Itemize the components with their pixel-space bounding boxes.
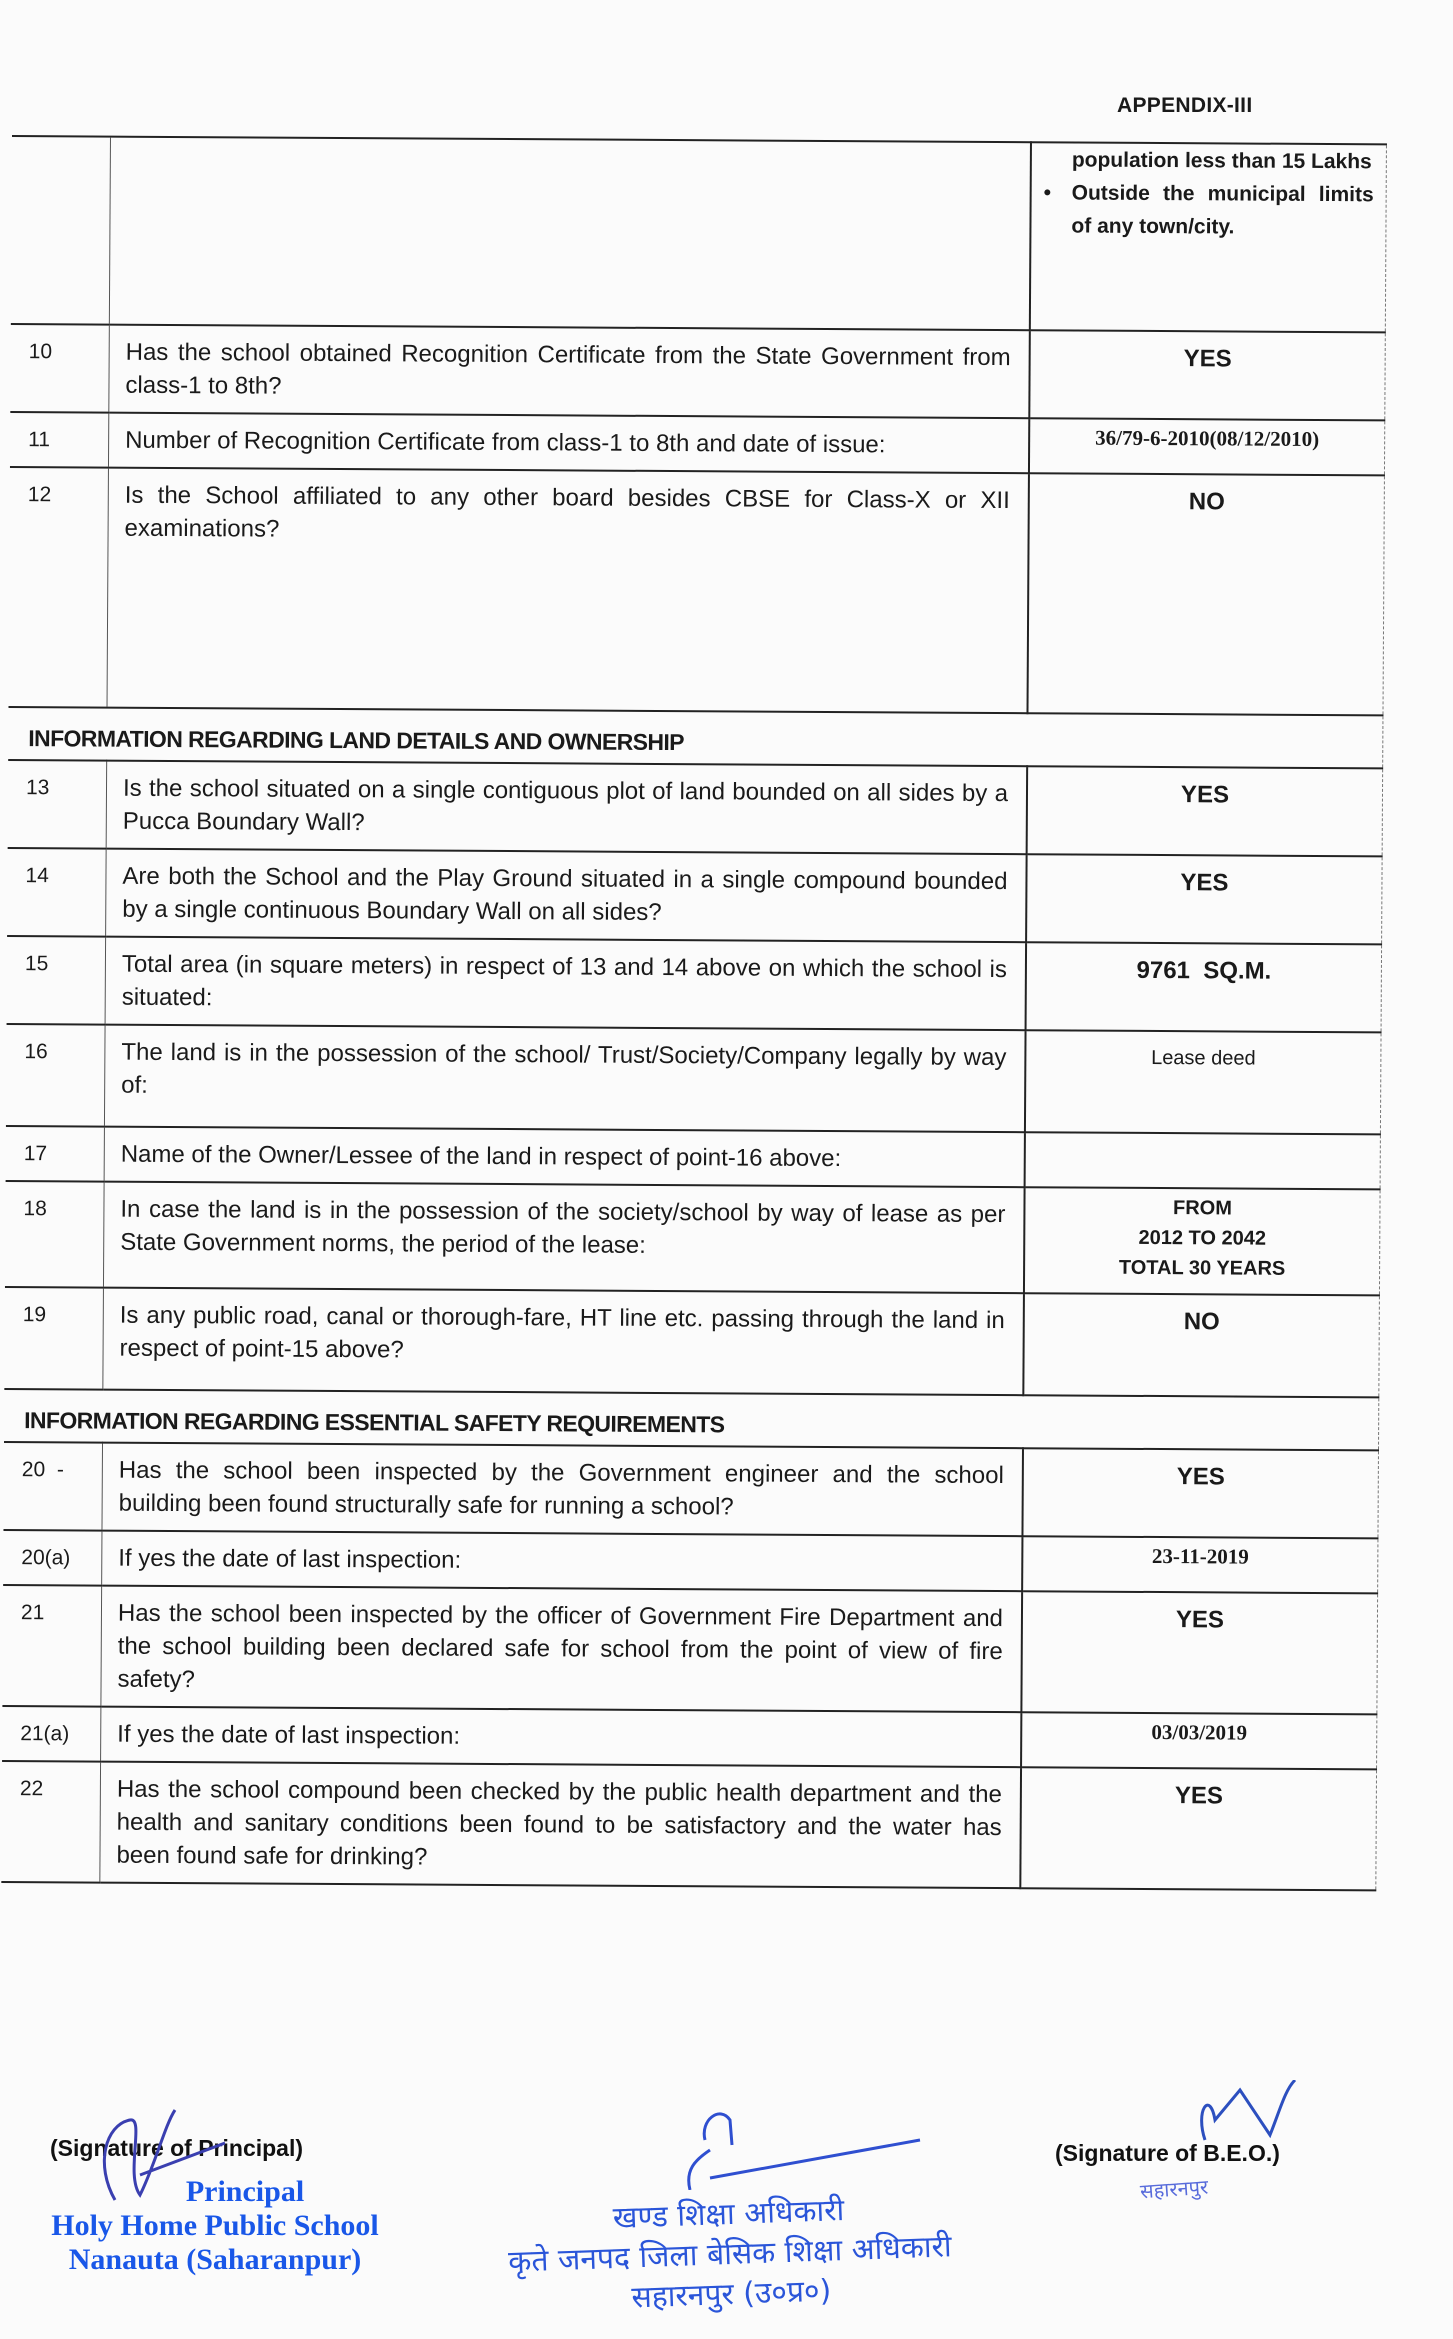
stamp-line: Nanauta (Saharanpur) (0, 2243, 430, 2277)
row-answer: 9761 SQ.M. (1026, 942, 1382, 1032)
row-answer: FROM 2012 TO 2042 TOTAL 30 YEARS (1024, 1187, 1380, 1295)
beo-stamp-secondary: सहारनपुर (1139, 2173, 1209, 2205)
row-question: Has the school been inspected by the Gov… (102, 1443, 1023, 1537)
row-answer: NO (1023, 1293, 1379, 1397)
appendix-label: APPENDIX-III (1117, 94, 1252, 118)
row-answer: 23-11-2019 (1022, 1536, 1378, 1593)
row-question: Has the school obtained Recognition Cert… (109, 325, 1030, 419)
row-question: In case the land is in the possession of… (103, 1182, 1024, 1294)
row-question: Total area (in square meters) in respect… (105, 937, 1026, 1031)
form-table-sheet: population less than 15 Lakhs Outside th… (1, 135, 1387, 1891)
lease-line: 2012 TO 2042 (1037, 1222, 1367, 1254)
table-row: 17 Name of the Owner/Lessee of the land … (6, 1126, 1381, 1189)
table-row: 20(a) If yes the date of last inspection… (3, 1530, 1378, 1593)
row-question: Has the school been inspected by the off… (101, 1586, 1022, 1713)
row-question: Name of the Owner/Lessee of the land in … (104, 1127, 1025, 1188)
lease-line: TOTAL 30 YEARS (1037, 1252, 1367, 1284)
beo-stamp: खण्ड शिक्षा अधिकारी कृते जनपद जिला बेसिक… (458, 2186, 1002, 2325)
table-row: 18 In case the land is in the possession… (5, 1181, 1380, 1295)
table-row: 21(a) If yes the date of last inspection… (2, 1706, 1377, 1769)
row-number: 22 (1, 1761, 100, 1883)
row-answer: 36/79-6-2010(08/12/2010) (1029, 418, 1385, 475)
row-answer: YES (1022, 1448, 1378, 1538)
table-row: 10 Has the school obtained Recognition C… (10, 324, 1385, 420)
row-question: Has the school compound been checked by … (100, 1762, 1021, 1889)
row-question: Number of Recognition Certificate from c… (108, 413, 1029, 474)
row-question: Are both the School and the Play Ground … (106, 849, 1027, 943)
row-answer: YES (1020, 1767, 1376, 1890)
row-question: Is the school situated on a single conti… (106, 761, 1027, 855)
row-number: 15 (7, 936, 106, 1025)
row-answer: NO (1027, 473, 1384, 715)
row-number: 10 (10, 324, 109, 413)
row-answer: YES (1021, 1591, 1377, 1714)
row-question: If yes the date of last inspection: (101, 1707, 1022, 1768)
table-row: 21 Has the school been inspected by the … (2, 1585, 1377, 1714)
beo-signature-mark (1190, 2080, 1300, 2160)
row-answer (1025, 1132, 1381, 1189)
stamp-line: Principal (0, 2175, 430, 2209)
row-question: If yes the date of last inspection: (102, 1531, 1023, 1592)
table-row: 11 Number of Recognition Certificate fro… (10, 412, 1385, 475)
table-row-continuation: population less than 15 Lakhs Outside th… (11, 136, 1387, 332)
row-number: 20(a) (3, 1530, 102, 1586)
row-number: 14 (7, 848, 106, 937)
row-answer: YES (1026, 854, 1382, 944)
row-number: 16 (6, 1024, 105, 1127)
form-table: population less than 15 Lakhs Outside th… (1, 135, 1387, 1891)
row-question (109, 137, 1031, 331)
row-number: 12 (9, 467, 109, 708)
table-row: 13 Is the school situated on a single co… (8, 760, 1383, 856)
row-number: 17 (6, 1126, 105, 1182)
principal-stamp: Principal Holy Home Public School Nanaut… (0, 2175, 430, 2277)
table-row: 22 Has the school compound been checked … (1, 1761, 1376, 1890)
row-number: 13 (8, 760, 107, 849)
answer-text: population less than 15 Lakhs (1072, 143, 1374, 178)
row-number: 11 (10, 412, 109, 468)
table-row: 14 Are both the School and the Play Grou… (7, 848, 1382, 944)
answer-bullet: Outside the municipal limits of any town… (1071, 176, 1373, 244)
section-title: INFORMATION REGARDING ESSENTIAL SAFETY R… (4, 1389, 1379, 1450)
row-question: Is the School affiliated to any other bo… (107, 468, 1029, 714)
table-row: 16 The land is in the possession of the … (6, 1024, 1381, 1134)
row-answer: population less than 15 Lakhs Outside th… (1030, 142, 1387, 332)
stamp-line: Holy Home Public School (0, 2209, 430, 2243)
row-number (11, 136, 111, 325)
table-row: 15 Total area (in square meters) in resp… (7, 936, 1382, 1032)
lease-line: FROM (1037, 1192, 1367, 1224)
section-header-safety: INFORMATION REGARDING ESSENTIAL SAFETY R… (4, 1389, 1379, 1450)
table-row: 19 Is any public road, canal or thorough… (4, 1287, 1379, 1397)
row-answer: YES (1027, 766, 1383, 856)
row-answer: YES (1029, 330, 1385, 420)
section-header-land: INFORMATION REGARDING LAND DETAILS AND O… (8, 707, 1383, 768)
table-row: 12 Is the School affiliated to any other… (9, 467, 1385, 715)
row-answer: 03/03/2019 (1021, 1712, 1377, 1769)
row-question: Is any public road, canal or thorough-fa… (103, 1288, 1024, 1396)
section-title: INFORMATION REGARDING LAND DETAILS AND O… (8, 707, 1383, 768)
row-number: 21(a) (2, 1706, 101, 1762)
row-number: 18 (5, 1181, 104, 1288)
row-number: 21 (2, 1585, 101, 1707)
table-row: 20 - Has the school been inspected by th… (3, 1442, 1378, 1538)
row-number: 19 (4, 1287, 103, 1390)
row-question: The land is in the possession of the sch… (104, 1025, 1025, 1133)
beo-signature-scribble (670, 2100, 930, 2190)
row-number: 20 - (3, 1442, 102, 1531)
row-answer: Lease deed (1025, 1030, 1381, 1134)
